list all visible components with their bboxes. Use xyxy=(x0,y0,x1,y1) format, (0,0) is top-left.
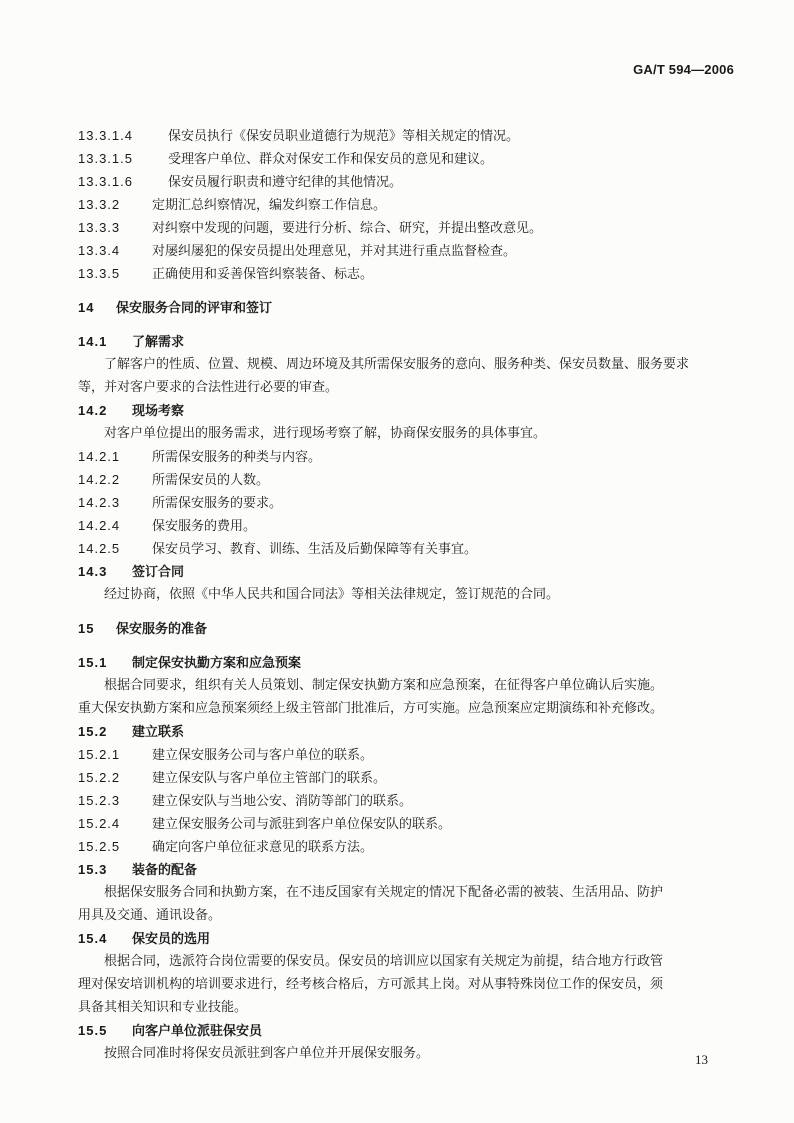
clause-text: 建立联系 xyxy=(132,725,184,740)
clause-number: 15.1 xyxy=(78,655,132,671)
clause-text: 受理客户单位、群众对保安工作和保安员的意见和建议。 xyxy=(168,152,493,167)
clause-text: 保安服务的准备 xyxy=(116,622,207,637)
clause-text: 保安员的选用 xyxy=(132,932,210,947)
paragraph-line: 用具及交通、通讯设备。 xyxy=(78,908,221,924)
standard-code: GA/T 594—2006 xyxy=(633,62,734,77)
clause-text: 保安服务合同的评审和签订 xyxy=(116,301,272,316)
paragraph-line: 根据保安服务合同和执勤方案，在不违反国家有关规定的情况下配备必需的被装、生活用品… xyxy=(78,885,663,901)
section-heading: 15.5向客户单位派驻保安员 xyxy=(78,1023,262,1040)
paragraph-line: 根据合同要求，组织有关人员策划、制定保安执勤方案和应急预案，在征得客户单位确认后… xyxy=(78,678,663,694)
clause-item: 14.2.5保安员学习、教育、训练、生活及后勤保障等有关事宜。 xyxy=(78,541,477,558)
clause-number: 14.2.4 xyxy=(78,518,152,534)
clause-number: 15.3 xyxy=(78,862,132,878)
clause-item: 13.3.5正确使用和妥善保管纠察装备、标志。 xyxy=(78,266,373,283)
clause-text: 用具及交通、通讯设备。 xyxy=(78,908,221,923)
paragraph-line: 等，并对客户要求的合法性进行必要的审查。 xyxy=(78,380,338,396)
clause-item: 15.2.4建立保安服务公司与派驻到客户单位保安队的联系。 xyxy=(78,816,451,833)
clause-text: 具备其相关知识和专业技能。 xyxy=(78,1000,247,1015)
paragraph-line: 按照合同准时将保安员派驻到客户单位并开展保安服务。 xyxy=(78,1046,429,1062)
section-heading: 15.2建立联系 xyxy=(78,724,184,741)
clause-item: 13.3.2定期汇总纠察情况，编发纠察工作信息。 xyxy=(78,197,386,214)
clause-number: 15 xyxy=(78,621,116,637)
clause-text: 所需保安服务的种类与内容。 xyxy=(152,450,321,465)
clause-number: 14.2.2 xyxy=(78,472,152,488)
clause-number: 15.2.5 xyxy=(78,839,152,855)
clause-number: 13.3.4 xyxy=(78,243,152,259)
section-heading: 15.3装备的配备 xyxy=(78,862,197,879)
clause-item: 13.3.4对屡纠屡犯的保安员提出处理意见，并对其进行重点监督检查。 xyxy=(78,243,516,260)
clause-item: 15.2.3建立保安队与当地公安、消防等部门的联系。 xyxy=(78,793,412,810)
clause-number: 15.2.4 xyxy=(78,816,152,832)
clause-item: 15.2.5确定向客户单位征求意见的联系方法。 xyxy=(78,839,373,856)
clause-text: 根据合同，选派符合岗位需要的保安员。保安员的培训应以国家有关规定为前提，结合地方… xyxy=(104,954,663,969)
clause-text: 建立保安服务公司与派驻到客户单位保安队的联系。 xyxy=(152,817,451,832)
clause-number: 13.3.2 xyxy=(78,197,152,213)
clause-text: 理对保安培训机构的培训要求进行，经考核合格后，方可派其上岗。对从事特殊岗位工作的… xyxy=(78,977,663,992)
paragraph-line: 具备其相关知识和专业技能。 xyxy=(78,1000,247,1016)
clause-text: 经过协商，依照《中华人民共和国合同法》等相关法律规定，签订规范的合同。 xyxy=(104,587,559,602)
clause-item: 13.3.1.6保安员履行职责和遵守纪律的其他情况。 xyxy=(78,174,402,191)
clause-text: 制定保安执勤方案和应急预案 xyxy=(132,656,301,671)
clause-item: 14.2.2所需保安员的人数。 xyxy=(78,472,269,489)
clause-text: 定期汇总纠察情况，编发纠察工作信息。 xyxy=(152,198,386,213)
clause-text: 建立保安队与当地公安、消防等部门的联系。 xyxy=(152,794,412,809)
clause-item: 15.2.1建立保安服务公司与客户单位的联系。 xyxy=(78,747,373,764)
clause-number: 14 xyxy=(78,300,116,316)
page-number: 13 xyxy=(695,1052,708,1068)
clause-text: 保安员履行职责和遵守纪律的其他情况。 xyxy=(168,175,402,190)
clause-number: 14.2.3 xyxy=(78,495,152,511)
clause-text: 对客户单位提出的服务需求，进行现场考察了解，协商保安服务的具体事宜。 xyxy=(104,426,546,441)
clause-text: 按照合同准时将保安员派驻到客户单位并开展保安服务。 xyxy=(104,1046,429,1061)
clause-number: 14.2.1 xyxy=(78,449,152,465)
clause-item: 13.3.3对纠察中发现的问题，要进行分析、综合、研究，并提出整改意见。 xyxy=(78,220,542,237)
clause-text: 保安员学习、教育、训练、生活及后勤保障等有关事宜。 xyxy=(152,542,477,557)
section-heading: 15.1制定保安执勤方案和应急预案 xyxy=(78,655,301,672)
clause-number: 15.2 xyxy=(78,724,132,740)
clause-number: 13.3.5 xyxy=(78,266,152,282)
clause-number: 15.2.3 xyxy=(78,793,152,809)
clause-text: 保安员执行《保安员职业道德行为规范》等相关规定的情况。 xyxy=(168,129,519,144)
clause-number: 14.3 xyxy=(78,564,132,580)
section-heading: 14保安服务合同的评审和签订 xyxy=(78,300,272,317)
paragraph-line: 重大保安执勤方案和应急预案须经上级主管部门批准后，方可实施。应急预案应定期演练和… xyxy=(78,701,663,717)
clause-number: 13.3.1.5 xyxy=(78,151,168,167)
clause-number: 13.3.1.4 xyxy=(78,128,168,144)
clause-text: 了解需求 xyxy=(132,335,184,350)
clause-text: 确定向客户单位征求意见的联系方法。 xyxy=(152,840,373,855)
clause-number: 15.5 xyxy=(78,1023,132,1039)
clause-text: 建立保安队与客户单位主管部门的联系。 xyxy=(152,771,386,786)
clause-text: 根据合同要求，组织有关人员策划、制定保安执勤方案和应急预案，在征得客户单位确认后… xyxy=(104,678,663,693)
section-heading: 14.3签订合同 xyxy=(78,564,184,581)
clause-text: 正确使用和妥善保管纠察装备、标志。 xyxy=(152,267,373,282)
clause-number: 14.1 xyxy=(78,334,132,350)
clause-number: 14.2.5 xyxy=(78,541,152,557)
clause-text: 所需保安服务的要求。 xyxy=(152,496,282,511)
clause-text: 对屡纠屡犯的保安员提出处理意见，并对其进行重点监督检查。 xyxy=(152,244,516,259)
clause-item: 14.2.3所需保安服务的要求。 xyxy=(78,495,282,512)
paragraph-line: 根据合同，选派符合岗位需要的保安员。保安员的培训应以国家有关规定为前提，结合地方… xyxy=(78,954,663,970)
clause-item: 15.2.2建立保安队与客户单位主管部门的联系。 xyxy=(78,770,386,787)
section-heading: 14.1了解需求 xyxy=(78,334,184,351)
clause-item: 14.2.1所需保安服务的种类与内容。 xyxy=(78,449,321,466)
paragraph-line: 了解客户的性质、位置、规模、周边环境及其所需保安服务的意向、服务种类、保安员数量… xyxy=(78,357,689,373)
clause-text: 重大保安执勤方案和应急预案须经上级主管部门批准后，方可实施。应急预案应定期演练和… xyxy=(78,701,663,716)
clause-number: 15.4 xyxy=(78,931,132,947)
clause-text: 签订合同 xyxy=(132,565,184,580)
clause-number: 15.2.2 xyxy=(78,770,152,786)
clause-text: 所需保安员的人数。 xyxy=(152,473,269,488)
section-heading: 14.2现场考察 xyxy=(78,403,184,420)
clause-text: 等，并对客户要求的合法性进行必要的审查。 xyxy=(78,380,338,395)
section-heading: 15保安服务的准备 xyxy=(78,621,207,638)
clause-text: 装备的配备 xyxy=(132,863,197,878)
clause-item: 13.3.1.4保安员执行《保安员职业道德行为规范》等相关规定的情况。 xyxy=(78,128,519,145)
paragraph-line: 经过协商，依照《中华人民共和国合同法》等相关法律规定，签订规范的合同。 xyxy=(78,587,559,603)
clause-text: 建立保安服务公司与客户单位的联系。 xyxy=(152,748,373,763)
clause-number: 13.3.1.6 xyxy=(78,174,168,190)
clause-item: 13.3.1.5受理客户单位、群众对保安工作和保安员的意见和建议。 xyxy=(78,151,493,168)
clause-item: 14.2.4保安服务的费用。 xyxy=(78,518,256,535)
section-heading: 15.4保安员的选用 xyxy=(78,931,210,948)
clause-number: 13.3.3 xyxy=(78,220,152,236)
clause-text: 保安服务的费用。 xyxy=(152,519,256,534)
clause-text: 现场考察 xyxy=(132,404,184,419)
paragraph-line: 对客户单位提出的服务需求，进行现场考察了解，协商保安服务的具体事宜。 xyxy=(78,426,546,442)
clause-text: 根据保安服务合同和执勤方案，在不违反国家有关规定的情况下配备必需的被装、生活用品… xyxy=(104,885,663,900)
clause-number: 15.2.1 xyxy=(78,747,152,763)
clause-number: 14.2 xyxy=(78,403,132,419)
clause-text: 了解客户的性质、位置、规模、周边环境及其所需保安服务的意向、服务种类、保安员数量… xyxy=(104,357,689,372)
clause-text: 对纠察中发现的问题，要进行分析、综合、研究，并提出整改意见。 xyxy=(152,221,542,236)
clause-text: 向客户单位派驻保安员 xyxy=(132,1024,262,1039)
paragraph-line: 理对保安培训机构的培训要求进行，经考核合格后，方可派其上岗。对从事特殊岗位工作的… xyxy=(78,977,663,993)
